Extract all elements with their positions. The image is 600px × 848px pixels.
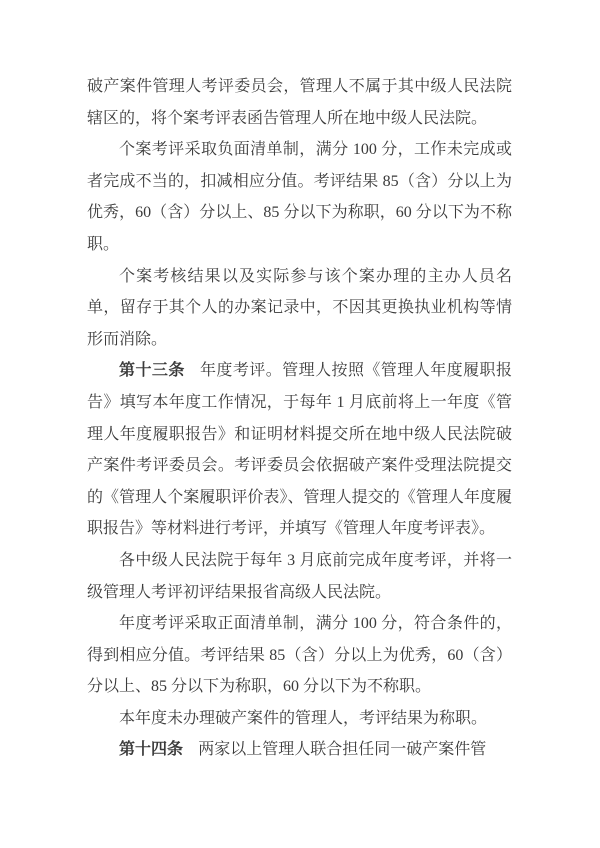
document-page: 破产案件管理人考评委员会，管理人不属于其中级人民法院辖区的，将个案考评表函告管理… [0, 0, 600, 848]
paragraph-record-retention: 个案考核结果以及实际参与该个案办理的主办人员名单，留存于其个人的办案记录中，不因… [87, 261, 512, 356]
paragraph-no-case-result: 本年度未办理破产案件的管理人，考评结果为称职。 [87, 703, 512, 735]
document-text-block: 破产案件管理人考评委员会，管理人不属于其中级人民法院辖区的，将个案考评表函告管理… [87, 71, 512, 766]
article-13-text: 年度考评。管理人按照《管理人年度履职报告》填写本年度工作情况，于每年 1 月底前… [87, 362, 512, 537]
article-13-number: 第十三条 [119, 362, 185, 379]
paragraph-annual-deadline: 各中级人民法院于每年 3 月底前完成年度考评，并将一级管理人考评初评结果报省高级… [87, 545, 512, 608]
paragraph-continuation: 破产案件管理人考评委员会，管理人不属于其中级人民法院辖区的，将个案考评表函告管理… [87, 71, 512, 134]
paragraph-case-evaluation-scoring: 个案考评采取负面清单制，满分 100 分，工作未完成或者完成不当的，扣减相应分值… [87, 134, 512, 260]
paragraph-article-14: 第十四条两家以上管理人联合担任同一破产案件管 [87, 734, 512, 766]
article-14-text: 两家以上管理人联合担任同一破产案件管 [198, 741, 486, 758]
paragraph-annual-scoring: 年度考评采取正面清单制，满分 100 分，符合条件的，得到相应分值。考评结果 8… [87, 608, 512, 703]
paragraph-article-13: 第十三条年度考评。管理人按照《管理人年度履职报告》填写本年度工作情况，于每年 1… [87, 355, 512, 545]
article-14-number: 第十四条 [119, 741, 183, 758]
